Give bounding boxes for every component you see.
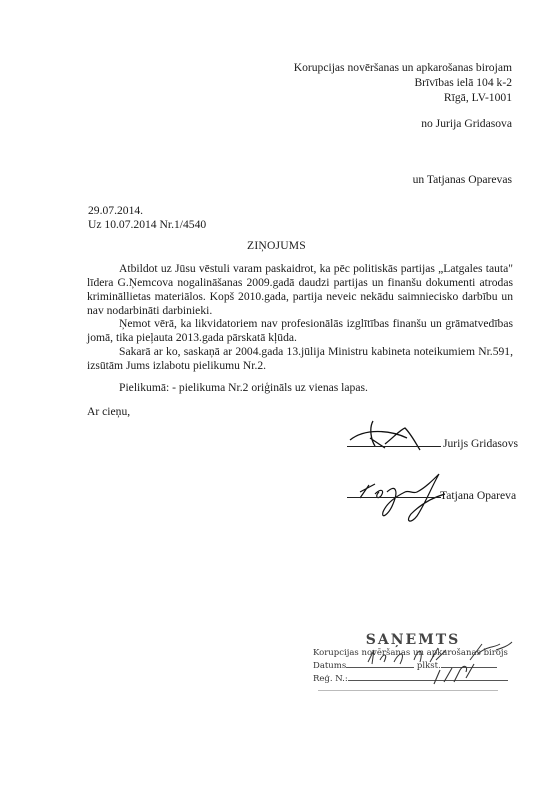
signature-line	[347, 446, 441, 447]
recipient-city: Rīgā, LV-1001	[294, 90, 512, 105]
stamp-date-label: Datums	[313, 661, 346, 671]
letter-date: 29.07.2014.	[88, 204, 143, 218]
body-paragraph: Ņemot vērā, ka likvidatoriem nav profesi…	[87, 317, 513, 345]
stamp-bottom-rule	[318, 690, 498, 691]
recipient-name: Korupcijas novēršanas un apkarošanas bir…	[294, 60, 512, 75]
stamp-handwriting	[360, 640, 520, 690]
recipient-address: Korupcijas novēršanas un apkarošanas bir…	[294, 60, 512, 105]
sender-and: un Tatjanas Oparevas	[413, 173, 512, 187]
body-paragraph: Sakarā ar ko, saskaņā ar 2004.gada 13.jū…	[87, 345, 513, 373]
sender-from: no Jurija Gridasova	[421, 117, 512, 131]
letter-reference: Uz 10.07.2014 Nr.1/4540	[88, 218, 206, 232]
signature-line	[347, 497, 441, 498]
attachment-note: Pielikumā: - pielikuma Nr.2 oriģināls uz…	[119, 381, 368, 395]
closing-salutation: Ar cieņu,	[87, 405, 130, 419]
document-title: ZIŅOJUMS	[0, 239, 553, 253]
signatory-name: Jurijs Gridasovs	[443, 437, 518, 451]
body-paragraph: Atbildot uz Jūsu vēstuli varam paskaidro…	[87, 262, 513, 318]
recipient-street: Brīvības ielā 104 k-2	[294, 75, 512, 90]
signature-gridasovs	[345, 418, 445, 458]
signatory-name: Tatjana Opareva	[440, 489, 516, 503]
stamp-reg-label: Reģ. N.:	[313, 674, 348, 684]
